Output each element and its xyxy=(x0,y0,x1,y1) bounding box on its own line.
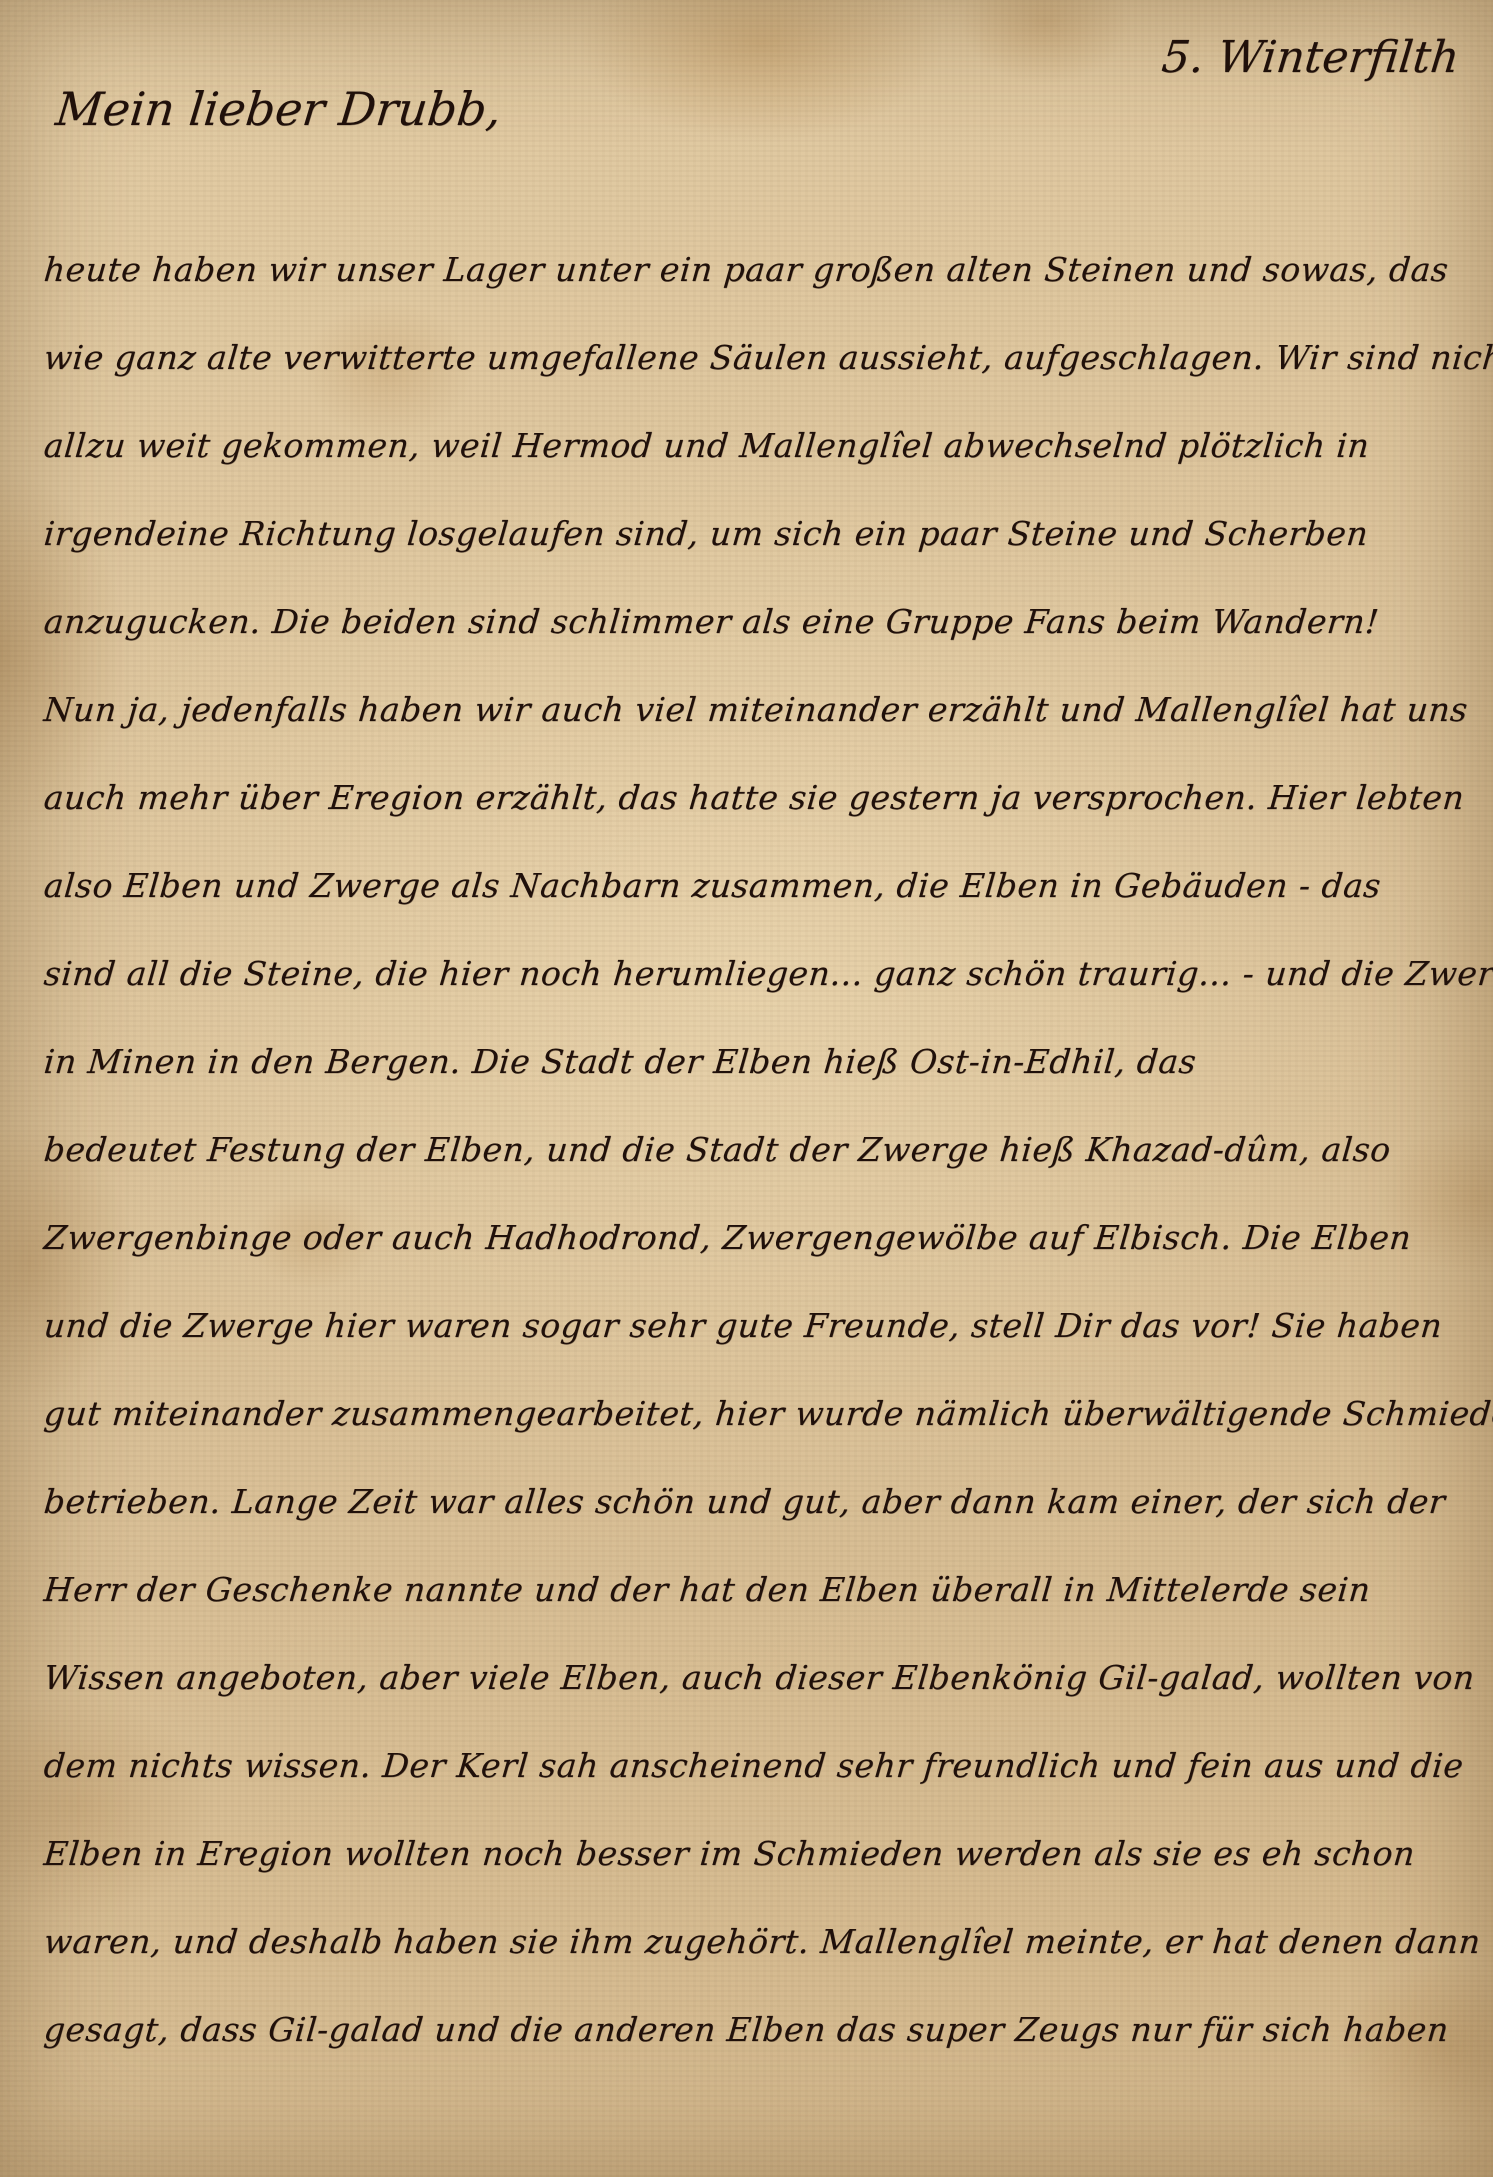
letter-line: auch mehr über Eregion erzählt, das hatt… xyxy=(40,754,1471,842)
letter-body: heute haben wir unser Lager unter ein pa… xyxy=(44,226,1467,2074)
parchment-letter-page: 5. Winterfilth Mein lieber Drubb, heute … xyxy=(0,0,1493,2177)
letter-line: betrieben. Lange Zeit war alles schön un… xyxy=(40,1458,1471,1546)
letter-line: Wissen angeboten, aber viele Elben, auch… xyxy=(40,1634,1471,1722)
letter-line: bedeutet Festung der Elben, und die Stad… xyxy=(40,1106,1471,1194)
letter-line: Herr der Geschenke nannte und der hat de… xyxy=(40,1546,1471,1634)
letter-line: sind all die Steine, die hier noch herum… xyxy=(40,930,1471,1018)
letter-line: Zwergenbinge oder auch Hadhodrond, Zwerg… xyxy=(40,1194,1471,1282)
letter-line: in Minen in den Bergen. Die Stadt der El… xyxy=(40,1018,1471,1106)
letter-line: wie ganz alte verwitterte umgefallene Sä… xyxy=(40,314,1471,402)
letter-line: anzugucken. Die beiden sind schlimmer al… xyxy=(40,578,1471,666)
letter-line: gesagt, dass Gil-galad und die anderen E… xyxy=(40,1986,1471,2074)
letter-line: und die Zwerge hier waren sogar sehr gut… xyxy=(40,1282,1471,1370)
letter-line: Elben in Eregion wollten noch besser im … xyxy=(40,1810,1471,1898)
letter-line: irgendeine Richtung losgelaufen sind, um… xyxy=(40,490,1471,578)
letter-date: 5. Winterfilth xyxy=(1159,32,1461,83)
letter-salutation: Mein lieber Drubb, xyxy=(53,82,504,136)
letter-line: gut miteinander zusammengearbeitet, hier… xyxy=(40,1370,1471,1458)
letter-line: Nun ja, jedenfalls haben wir auch viel m… xyxy=(40,666,1471,754)
letter-line: waren, und deshalb haben sie ihm zugehör… xyxy=(40,1898,1471,1986)
letter-line: heute haben wir unser Lager unter ein pa… xyxy=(40,226,1471,314)
letter-line: allzu weit gekommen, weil Hermod und Mal… xyxy=(40,402,1471,490)
letter-line: also Elben und Zwerge als Nachbarn zusam… xyxy=(40,842,1471,930)
letter-line: dem nichts wissen. Der Kerl sah anschein… xyxy=(40,1722,1471,1810)
